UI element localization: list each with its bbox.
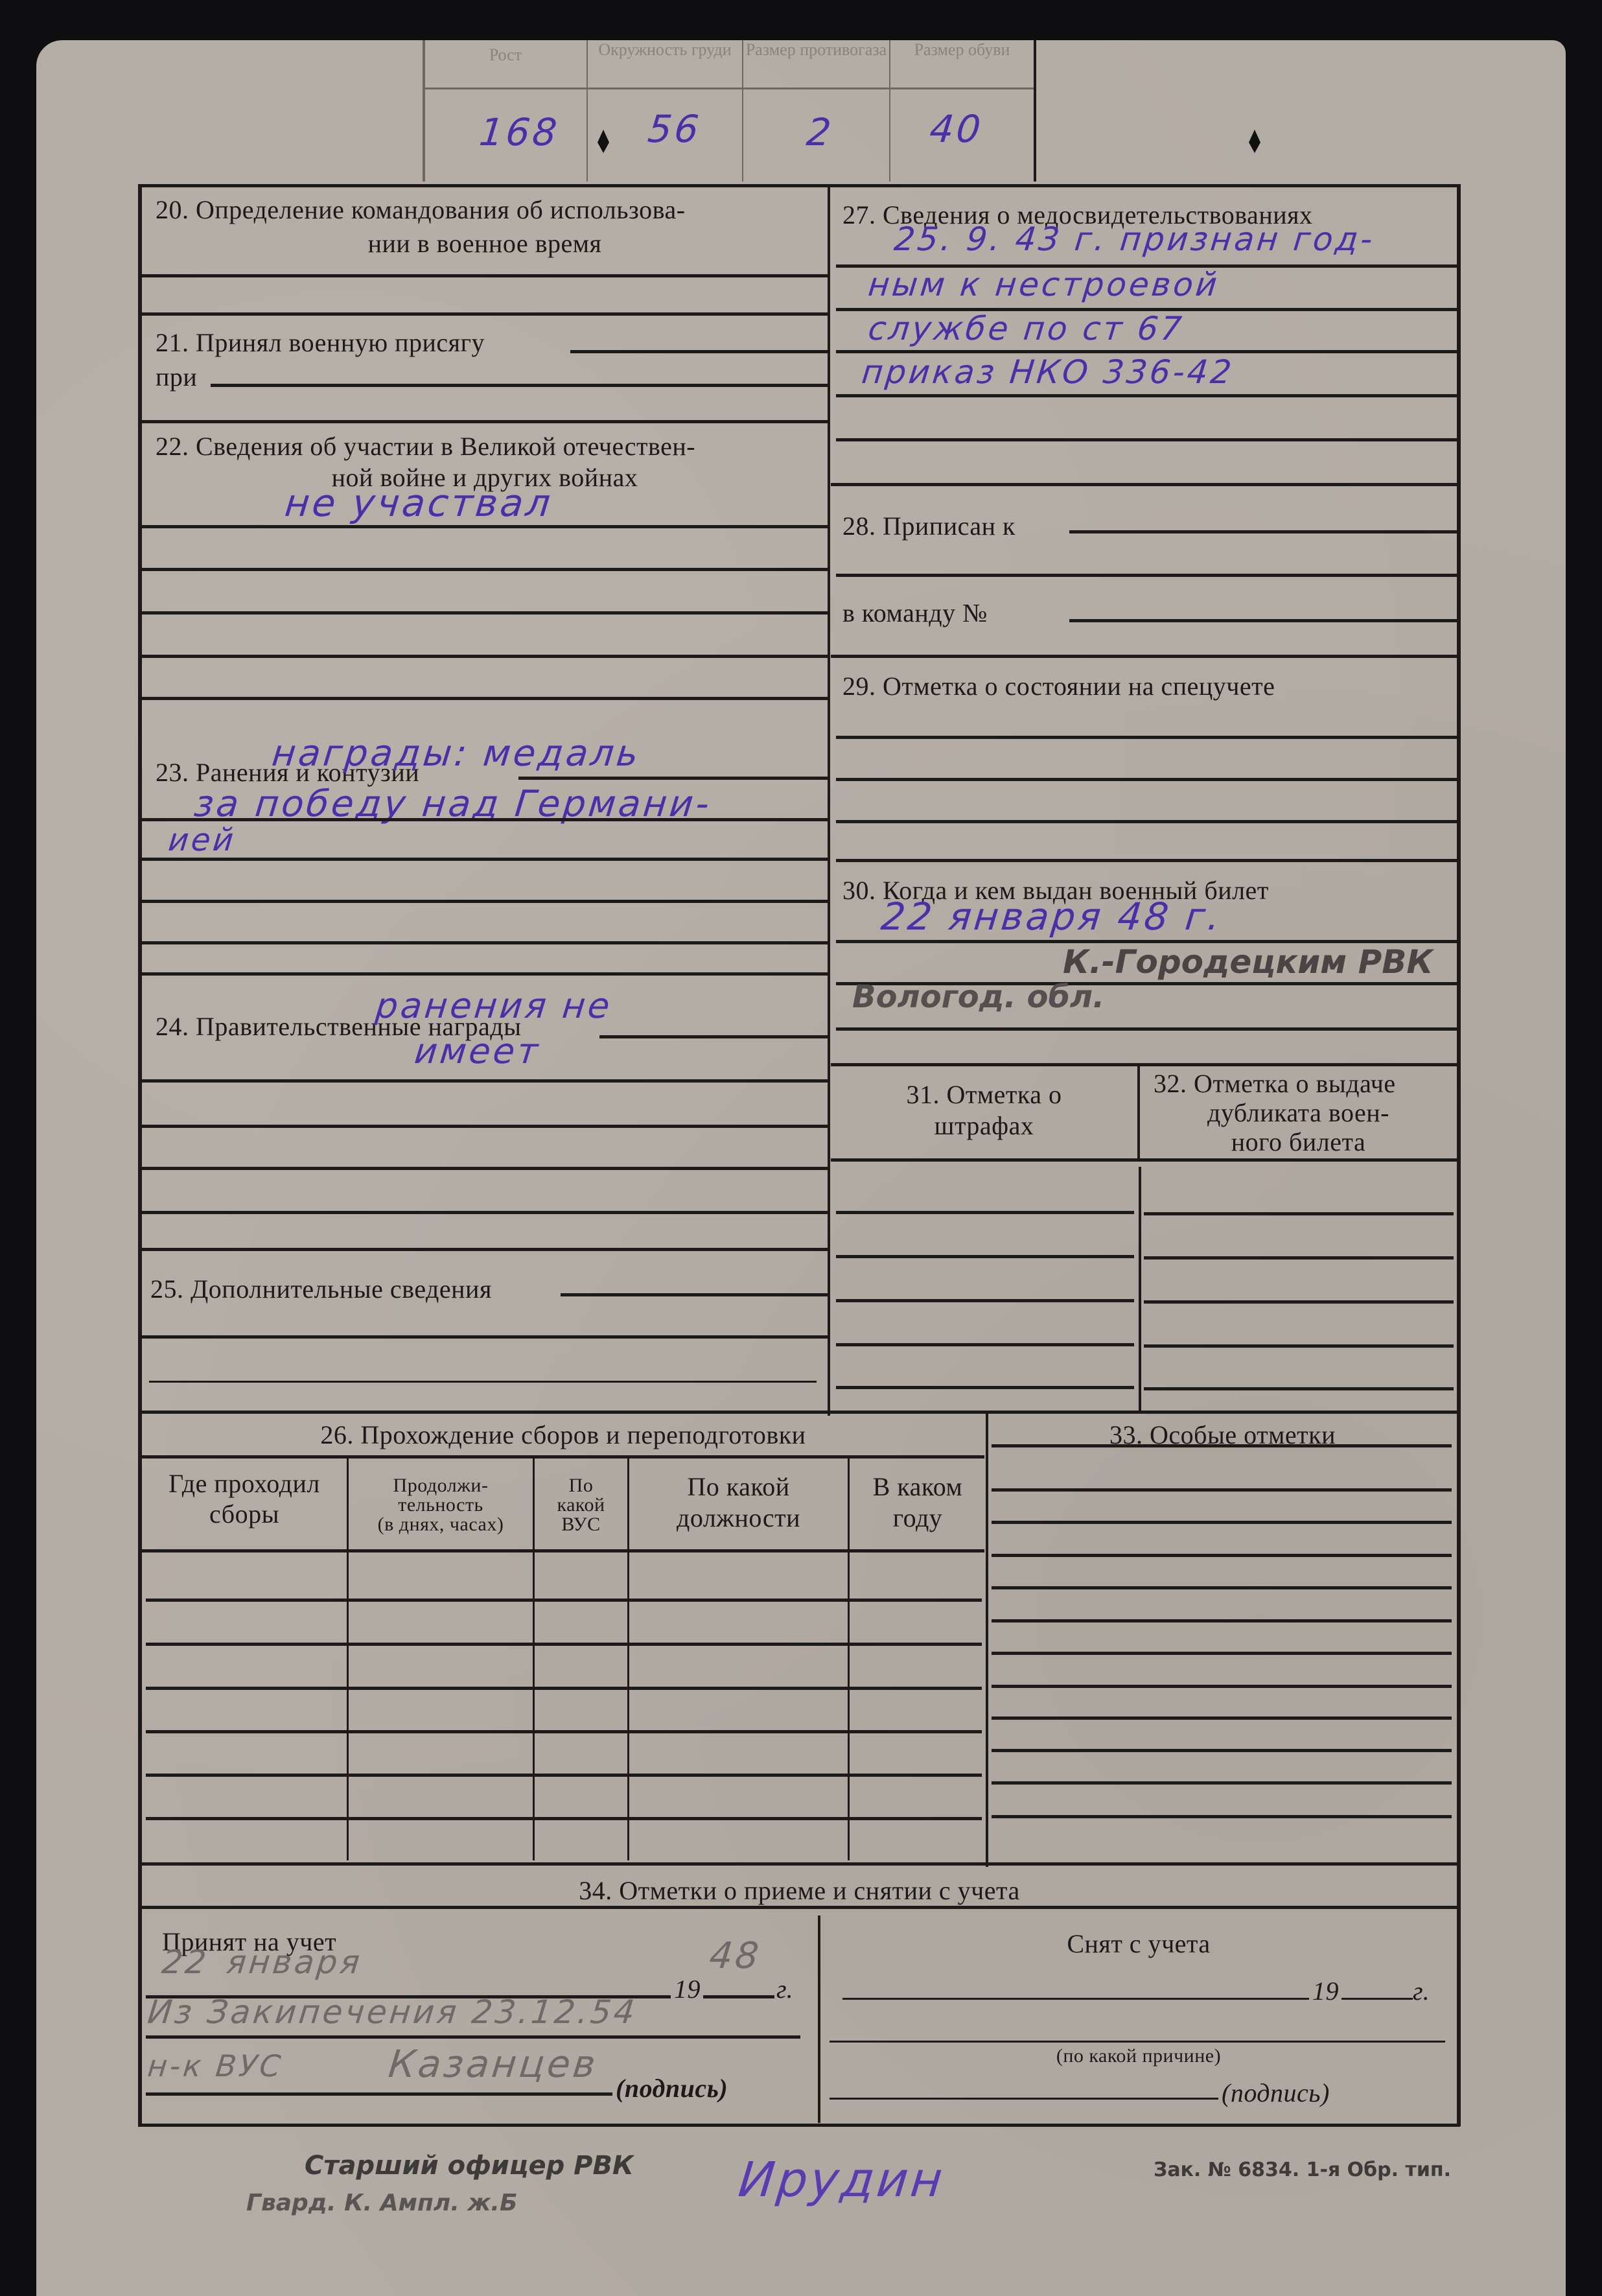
entry-line[interactable]: [142, 525, 828, 528]
value-gasmask: 2: [804, 110, 835, 154]
table-row-line[interactable]: [146, 1817, 982, 1820]
entry-line[interactable]: [992, 1749, 1452, 1752]
col-header-vus-cont: какой: [535, 1494, 627, 1516]
entry-line[interactable]: [992, 1815, 1452, 1818]
section-divider: [831, 483, 1457, 486]
accepted-year-suffix: г.: [776, 1974, 793, 2005]
section-28-team-label: в команду №: [842, 598, 988, 629]
entry-line[interactable]: [142, 1211, 828, 1214]
entry-line[interactable]: [142, 818, 828, 821]
entry-line[interactable]: [992, 1444, 1452, 1447]
entry-line[interactable]: [149, 1381, 817, 1383]
entry-line[interactable]: [142, 1335, 828, 1339]
header-shoe: Размер обуви: [890, 40, 1034, 60]
removed-year-prefix: 19: [1312, 1976, 1339, 2007]
col-header-duration-unit: (в днях, часах): [349, 1514, 533, 1536]
col-header-location: Где проходил: [142, 1468, 347, 1499]
section-25-label: 25. Дополнительные сведения: [150, 1274, 492, 1305]
team-entry-line[interactable]: [1069, 619, 1457, 622]
entry-line[interactable]: [992, 1554, 1452, 1557]
col-header-duration-cont: тельность: [349, 1494, 533, 1516]
gov-awards-entry: ранения не: [374, 985, 614, 1026]
column-divider: [1139, 1167, 1141, 1413]
table-divider: [424, 88, 1034, 89]
entry-line[interactable]: [836, 778, 1457, 781]
col-header-position-cont: должности: [629, 1503, 848, 1534]
col-header-vus-abbr: ВУС: [535, 1514, 627, 1536]
section-28-label: 28. Приписан к: [842, 511, 1016, 542]
awards-entry-cont: ией: [167, 822, 238, 858]
medical-exam-entry: 25. 9. 43 г. признан год-: [892, 220, 1377, 258]
entry-line[interactable]: [992, 1619, 1452, 1622]
table-row-line[interactable]: [146, 1687, 982, 1690]
duplicate-entry-line[interactable]: [1144, 1300, 1454, 1304]
duplicate-entry-line[interactable]: [1144, 1212, 1454, 1215]
col-header-position: По какой: [629, 1471, 848, 1503]
entry-line[interactable]: [992, 1488, 1452, 1492]
section-divider: [831, 1063, 1457, 1066]
section-32-label-cont: дубликата воен-: [1140, 1097, 1457, 1129]
signature-caption: (подпись): [616, 2073, 728, 2104]
removed-date-line[interactable]: [842, 1998, 1309, 2000]
entry-line[interactable]: [836, 859, 1457, 862]
accepted-year: 48: [708, 1935, 763, 1977]
section-31-label: 31. Отметка о: [831, 1079, 1137, 1110]
duplicate-entry-line[interactable]: [1144, 1344, 1454, 1348]
column-divider: [986, 1413, 988, 1867]
accepted-year-line[interactable]: [703, 1995, 774, 1998]
signature-line[interactable]: [146, 2092, 612, 2096]
assigned-entry-line[interactable]: [1069, 530, 1457, 533]
entry-line[interactable]: [561, 1293, 828, 1296]
removed-reason-line[interactable]: [830, 2041, 1445, 2043]
war-participation-entry: не участвал: [283, 481, 555, 525]
section-26-title: 26. Прохождение сборов и переподготовки: [142, 1420, 984, 1451]
entry-line[interactable]: [836, 1027, 1457, 1031]
section-20-label: 20. Определение командования об использо…: [156, 194, 686, 226]
section-divider: [142, 1411, 1457, 1414]
entry-line[interactable]: [142, 312, 828, 316]
removed-year-suffix: г.: [1413, 1976, 1430, 2007]
table-row-line[interactable]: [146, 1774, 982, 1777]
fines-entry-line[interactable]: [836, 1255, 1134, 1258]
entry-line[interactable]: [142, 1167, 828, 1170]
section-22-label: 22. Сведения об участии в Великой отечес…: [156, 431, 695, 462]
awards-entry: награды: медаль: [270, 732, 643, 775]
section-21-label: 21. Принял военную присягу: [156, 327, 485, 358]
frame-right: [1457, 184, 1461, 2126]
entry-line[interactable]: [992, 1716, 1452, 1720]
entry-line[interactable]: [518, 777, 828, 780]
col-header-year: В каком: [850, 1471, 986, 1503]
value-chest: 56: [645, 107, 703, 151]
section-21-sub-label: при: [156, 362, 197, 393]
entry-line[interactable]: [992, 1586, 1452, 1589]
region-stamp: Вологод. обл.: [852, 979, 1104, 1015]
section-32-label-cont: ного билета: [1140, 1127, 1457, 1158]
header-chest: Окружность груди: [588, 40, 742, 60]
gov-awards-entry-cont: имеет: [413, 1031, 542, 1072]
entry-line[interactable]: [992, 1685, 1452, 1688]
entry-line[interactable]: [836, 574, 1457, 577]
column-divider: [828, 184, 830, 1416]
table-divider: [742, 40, 743, 182]
medical-exam-entry: ным к нестроевой: [866, 266, 1222, 303]
col-header-vus: По: [535, 1475, 627, 1497]
officer-title-stamp: Старший офицер РВК: [305, 2151, 634, 2181]
section-divider: [831, 1158, 1457, 1162]
entry-line[interactable]: [992, 1781, 1452, 1785]
medical-exam-entry: службе по ст 67: [866, 310, 1186, 347]
entry-line[interactable]: [836, 394, 1457, 397]
table-header-top: [142, 1455, 984, 1458]
accepted-note: Из Закипечения 23.12.54: [146, 1993, 639, 2031]
section-divider: [142, 1906, 1457, 1909]
table-divider: [586, 40, 588, 182]
fines-entry-line[interactable]: [836, 1299, 1134, 1302]
fines-entry-line[interactable]: [836, 1343, 1134, 1346]
entry-line[interactable]: [142, 941, 828, 944]
entry-line[interactable]: [142, 900, 828, 903]
removed-year-line[interactable]: [1341, 1998, 1413, 2000]
accepted-month: января: [225, 1943, 364, 1981]
header-gasmask: Размер противогаза: [743, 40, 889, 60]
oath-entry-line[interactable]: [570, 350, 828, 353]
col-header-location-cont: сборы: [142, 1499, 347, 1530]
frame-top: [138, 184, 1460, 187]
officer-name-stamp: Гвард. К. Ампл. ж.Б: [246, 2190, 517, 2216]
section-divider: [142, 1862, 1457, 1866]
issue-date-entry: 22 января 48 г.: [879, 895, 1224, 939]
entry-line[interactable]: [992, 1652, 1452, 1655]
entry-line[interactable]: [142, 1125, 828, 1128]
duplicate-entry-line[interactable]: [1144, 1256, 1454, 1259]
entry-line[interactable]: [599, 1035, 828, 1038]
entry-line[interactable]: [142, 274, 828, 277]
entry-line[interactable]: [142, 697, 828, 700]
table-border: [1034, 40, 1036, 182]
header-height: Рост: [424, 45, 586, 65]
entry-line[interactable]: [142, 1079, 828, 1083]
entry-line[interactable]: [142, 858, 828, 861]
value-shoe: 40: [927, 107, 985, 151]
entry-line[interactable]: [142, 1248, 828, 1251]
medical-exam-entry: приказ НКО 336-42: [860, 353, 1236, 391]
duplicate-entry-line[interactable]: [1144, 1387, 1454, 1390]
removed-signature-caption: (подпись): [1222, 2078, 1330, 2109]
entry-line[interactable]: [142, 568, 828, 571]
section-divider: [831, 655, 1457, 658]
section-34-title: 34. Отметки о приеме и снятии с учета: [142, 1875, 1457, 1906]
entry-line[interactable]: [142, 611, 828, 615]
table-row-line[interactable]: [146, 1730, 982, 1733]
fines-entry-line[interactable]: [836, 1211, 1134, 1214]
value-height: 168: [477, 110, 561, 154]
removed-signature-line[interactable]: [830, 2098, 1218, 2100]
entry-line[interactable]: [836, 438, 1457, 441]
oath-at-entry-line[interactable]: [211, 384, 828, 387]
removed-reason-caption: (по какой причине): [820, 2045, 1457, 2067]
entry-line[interactable]: [992, 1521, 1452, 1524]
issuer-stamp: К.-Городецким РВК: [1063, 943, 1433, 981]
removed-label: Снят с учета: [820, 1928, 1457, 1960]
vus-head-label: н-к ВУС: [146, 2048, 284, 2083]
accepted-year-prefix: 19: [674, 1974, 701, 2005]
section-divider: [142, 420, 828, 423]
frame-bottom: [138, 2124, 1460, 2127]
entry-line[interactable]: [836, 820, 1457, 823]
table-header-bottom: [142, 1549, 984, 1552]
entry-line[interactable]: [146, 2035, 800, 2039]
entry-line[interactable]: [836, 736, 1457, 739]
print-info: Зак. № 6834. 1-я Обр. тип.: [1154, 2159, 1451, 2181]
section-32-label: 32. Отметка о выдаче: [1154, 1068, 1396, 1099]
officer-signature: Ирудин: [736, 2152, 947, 2208]
table-row-line[interactable]: [146, 1599, 982, 1602]
col-header-year-cont: году: [850, 1503, 986, 1534]
col-header-duration: Продолжи-: [349, 1475, 533, 1497]
accepted-day: 22: [160, 1943, 211, 1981]
entry-line[interactable]: [142, 655, 828, 658]
accepted-signature: Казанцев: [386, 2042, 600, 2086]
section-20-label-cont: нии в военное время: [142, 228, 828, 259]
fines-entry-line[interactable]: [836, 1386, 1134, 1389]
section-29-label: 29. Отметка о состоянии на спецучете: [842, 671, 1275, 702]
table-row-line[interactable]: [146, 1643, 982, 1646]
table-divider: [889, 40, 890, 182]
entry-line[interactable]: [142, 972, 828, 976]
section-31-label-cont: штрафах: [831, 1110, 1137, 1142]
